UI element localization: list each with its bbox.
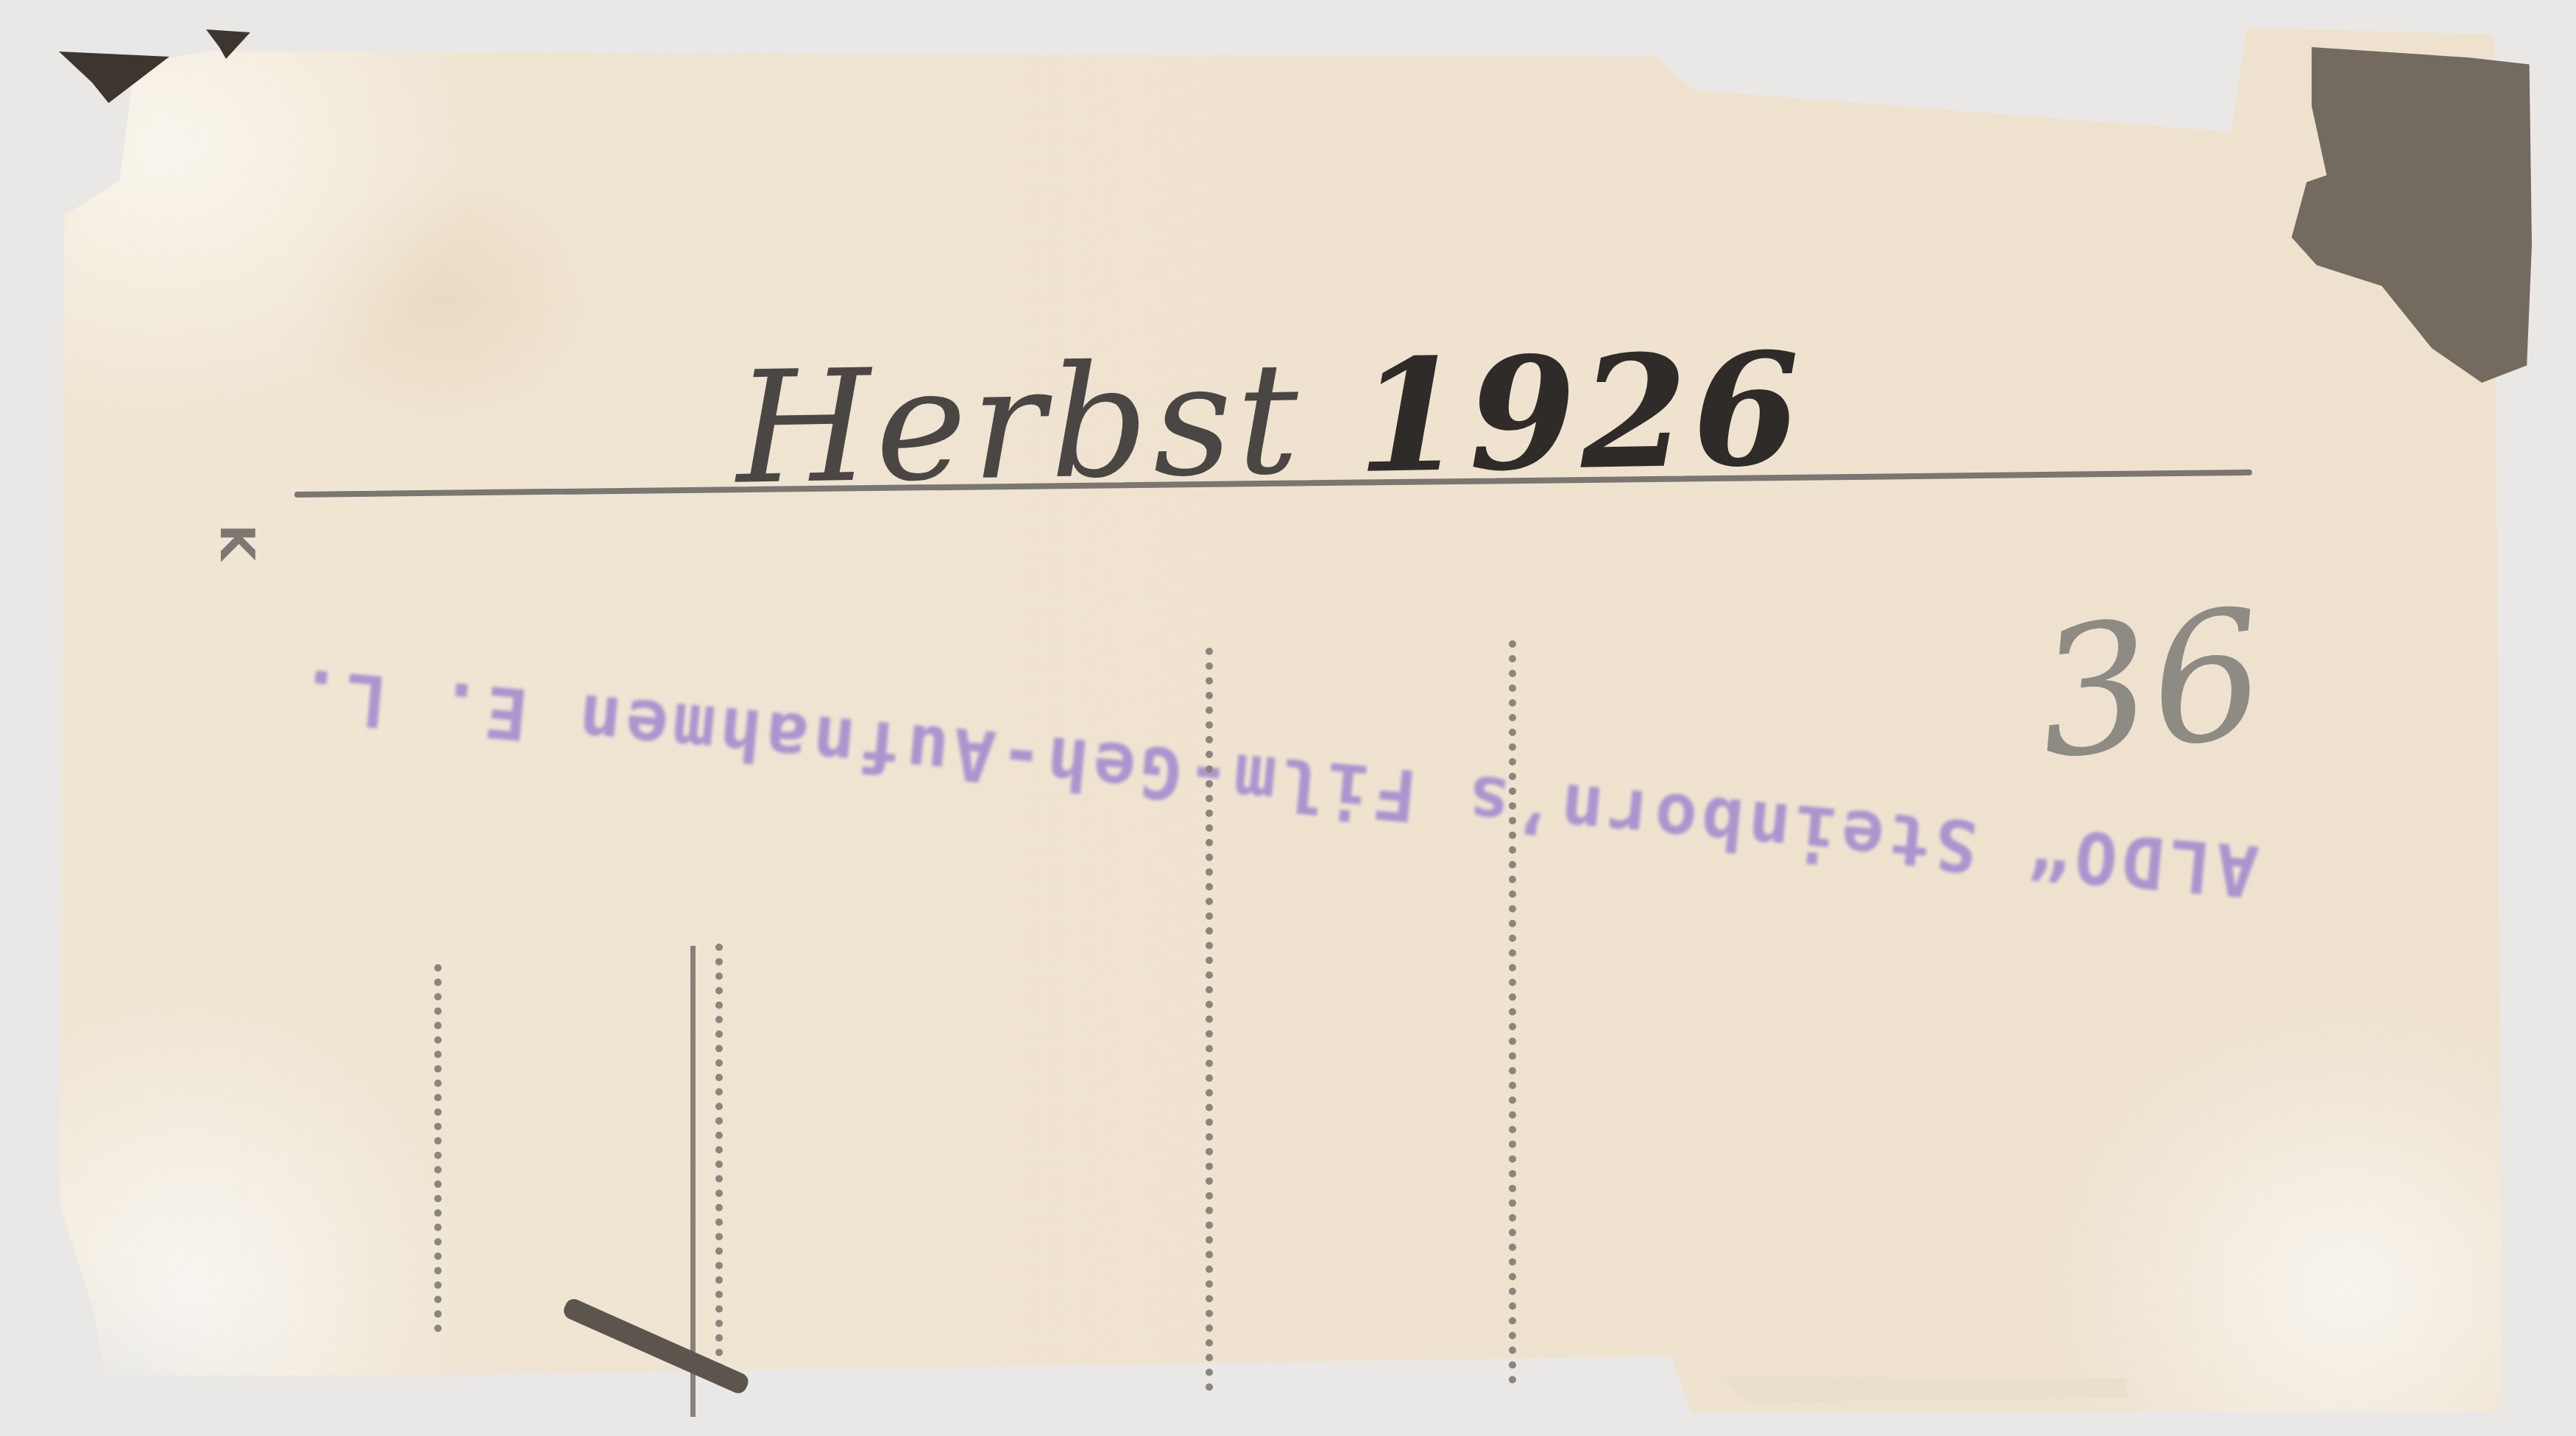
pencil-inventory-number: 36	[2028, 570, 2274, 799]
caption-word: Herbst	[735, 328, 1305, 518]
solid-divider	[690, 946, 696, 1417]
dotted-divider-1	[434, 964, 442, 1332]
rotated-letter-k: K	[209, 524, 263, 561]
dotted-divider-3	[1206, 648, 1213, 1391]
handwritten-caption: Herbst 1926	[735, 318, 1806, 518]
caption-year: 1926	[1355, 318, 1806, 508]
dotted-divider-4	[1509, 640, 1516, 1384]
dotted-divider-2	[715, 944, 723, 1385]
